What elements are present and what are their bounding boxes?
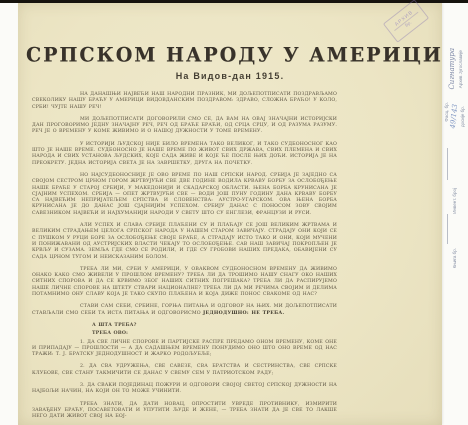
- closing-paragraph: ТРЕБА ЗНАТИ, ДА ДАТИ НОВАЦ, ОПРОСТИТИ УВ…: [32, 402, 337, 421]
- numbered-item: 2. ДА СВА УДРУЖЕЊА, СВЕ САВЕЗЕ, СВА БРАТ…: [32, 364, 337, 377]
- question-heading: А ШТА ТРЕБА?: [32, 323, 337, 329]
- answer-heading: ТРЕБА ОВО:: [32, 331, 337, 337]
- document-paragraph: МИ ДОЉЕПОТПИСАТИ ДОГОВОРИЛИ СМО СЕ, ДА В…: [32, 117, 337, 136]
- document-paragraph: НА ДАНАШЊИ НАЈВЕЋИ НАШ НАРОДНИ ПРАЗНИК, …: [32, 92, 337, 111]
- margin-signature-note: Сигнатура: [448, 48, 456, 90]
- scanned-document-view: СРПСКОМ НАРОДУ У АМЕРИЦИ На Видов-дан 19…: [0, 0, 468, 425]
- margin-fascicle-label: Фасц. бр.: [444, 102, 449, 122]
- document-page: СРПСКОМ НАРОДУ У АМЕРИЦИ На Видов-дан 19…: [18, 3, 442, 425]
- numbered-item: 1. ДА СВЕ ЛИЧНЕ СПОРОВЕ И ПАРТИЈСКЕ РАСП…: [32, 340, 337, 359]
- margin-dossier-label: досије бр.: [460, 106, 465, 127]
- margin-archive-label: Архив Југославије: [458, 50, 463, 88]
- margin-rule: [447, 214, 448, 244]
- document-subtitle: На Видов-дан 1915.: [18, 71, 442, 81]
- paragraph-text: СТАВИ САМ СЕБИ, СРБИНЕ, ГОРЊА ПИТАЊА И О…: [32, 304, 337, 315]
- document-paragraph: У ИСТОРИЈИ ЉУДСКОЈ НИЈЕ БИЛО ВРЕМЕНА ТАК…: [32, 142, 337, 167]
- margin-fascicle-number: 49/143: [449, 104, 460, 129]
- margin-inventory-label: Инвент. број: [452, 188, 457, 214]
- document-paragraph: СТАВИ САМ СЕБИ, СРБИНЕ, ГОРЊА ПИТАЊА И О…: [32, 304, 337, 317]
- emphasized-answer: ЈЕДНОДУШНО: НЕ ТРЕБА.: [203, 311, 284, 316]
- document-body: НА ДАНАШЊИ НАЈВЕЋИ НАШ НАРОДНИ ПРАЗНИК, …: [32, 92, 337, 420]
- document-title: СРПСКОМ НАРОДУ У АМЕРИЦИ: [26, 43, 434, 66]
- document-paragraph: АЛИ УСПЕХ И СЛАВА СРБИЈЕ ПЛАЋЕНИ СУ И ПЛ…: [32, 223, 337, 261]
- margin-rule: [447, 148, 448, 180]
- document-paragraph: ТРЕБА ЛИ МИ, СРБИ У АМЕРИЦИ, У ОВАКВОМ С…: [32, 267, 337, 298]
- margin-book-label: Књига бр.: [452, 248, 457, 268]
- numbered-item: 3. ДА СВАКИ ПОЈЕДИНАЦ ПОЖУРИ И ОДГОВОРИ …: [32, 383, 337, 396]
- document-paragraph: НО НАЈСУДБОНОСНИЈЕ ЈЕ ОВО ВРЕМЕ ПО НАШ С…: [32, 173, 337, 217]
